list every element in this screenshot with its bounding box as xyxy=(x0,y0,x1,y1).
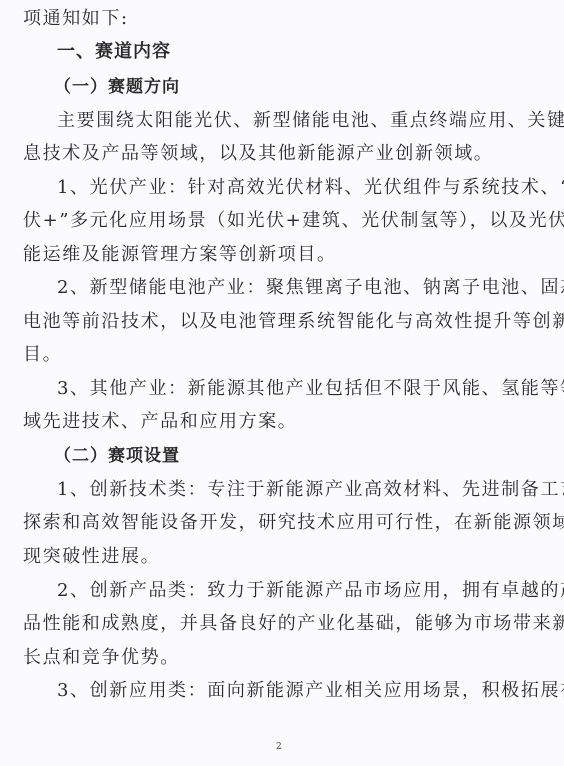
paragraph-line: 域先进技术、产品和应用方案。 xyxy=(23,411,483,433)
paragraph-line: 探索和高效智能设备开发，研究技术应用可行性，在新能源领域实 xyxy=(23,512,483,534)
subsection-heading-1: （一）赛题方向 xyxy=(54,76,514,98)
paragraph-line: 能运维及能源管理方案等创新项目。 xyxy=(23,244,483,266)
paragraph-line: 伏+”多元化应用场景（如光伏+建筑、光伏制氢等），以及光伏智 xyxy=(23,210,483,232)
paragraph-line: 3、其他产业：新能源其他产业包括但不限于风能、氢能等领 xyxy=(57,378,517,400)
document-page: 项通知如下: 一、赛道内容 （一）赛题方向 主要围绕太阳能光伏、新型储能电池、重… xyxy=(0,0,564,766)
paragraph-line: 主要围绕太阳能光伏、新型储能电池、重点终端应用、关键信 xyxy=(57,110,517,132)
section-heading-1: 一、赛道内容 xyxy=(57,41,517,63)
paragraph-line: 长点和竞争优势。 xyxy=(23,647,483,669)
paragraph-line: 3、创新应用类：面向新能源产业相关应用场景，积极拓展在 xyxy=(57,680,517,702)
paragraph-line: 目。 xyxy=(23,344,483,366)
intro-line: 项通知如下: xyxy=(23,8,483,30)
paragraph-line: 电池等前沿技术，以及电池管理系统智能化与高效性提升等创新项 xyxy=(23,311,483,333)
paragraph-line: 2、新型储能电池产业：聚焦锂离子电池、钠离子电池、固态 xyxy=(57,277,517,299)
paragraph-line: 1、创新技术类：专注于新能源产业高效材料、先进制备工艺 xyxy=(57,479,517,501)
paragraph-line: 现突破性进展。 xyxy=(23,546,483,568)
paragraph-line: 1、光伏产业：针对高效光伏材料、光伏组件与系统技术、“光 xyxy=(57,177,517,199)
page-number: 2 xyxy=(276,742,282,752)
paragraph-line: 品性能和成熟度，并具备良好的产业化基础，能够为市场带来新增 xyxy=(23,613,483,635)
paragraph-line: 2、创新产品类：致力于新能源产品市场应用，拥有卓越的产 xyxy=(57,580,517,602)
subsection-heading-2: （二）赛项设置 xyxy=(54,445,514,467)
paragraph-line: 息技术及产品等领域，以及其他新能源产业创新领域。 xyxy=(23,143,483,165)
